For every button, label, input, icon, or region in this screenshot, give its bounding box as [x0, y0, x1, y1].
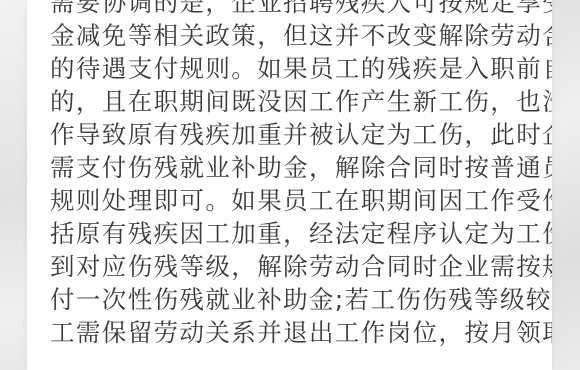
article-card: 需要协调的是，企业招聘残疾人可按规定享受残保 金减免等相关政策，但这并不改变解除…	[27, 0, 552, 370]
article-line: 金减免等相关政策，但这并不改变解除劳动合同时	[50, 19, 534, 52]
article-line: 的，且在职期间既没因工作产生新工伤，也没因工	[50, 85, 534, 118]
article-line: 需支付伤残就业补助金，解除合同时按普通员工的	[50, 151, 534, 184]
article-line: 工需保留劳动关系并退出工作岗位，按月领取伤残	[50, 316, 534, 349]
article-line: 括原有残疾因工加重，经法定程序认定为工伤且达	[50, 217, 534, 250]
article-line: 到对应伤残等级，解除劳动合同时企业需按规定支	[50, 250, 534, 283]
article-line: 付一次性伤残就业补助金;若工伤伤残等级较高，员	[50, 283, 534, 316]
article-line: 作导致原有残疾加重并被认定为工伤，此时企业无	[50, 118, 534, 151]
article-line: 规则处理即可。如果员工在职期间因工作受伤，包	[50, 184, 534, 217]
article-body: 需要协调的是，企业招聘残疾人可按规定享受残保 金减免等相关政策，但这并不改变解除…	[50, 0, 534, 349]
article-line: 需要协调的是，企业招聘残疾人可按规定享受残保	[50, 0, 534, 19]
article-line: 的待遇支付规则。如果员工的残疾是入职前自带	[50, 52, 534, 85]
